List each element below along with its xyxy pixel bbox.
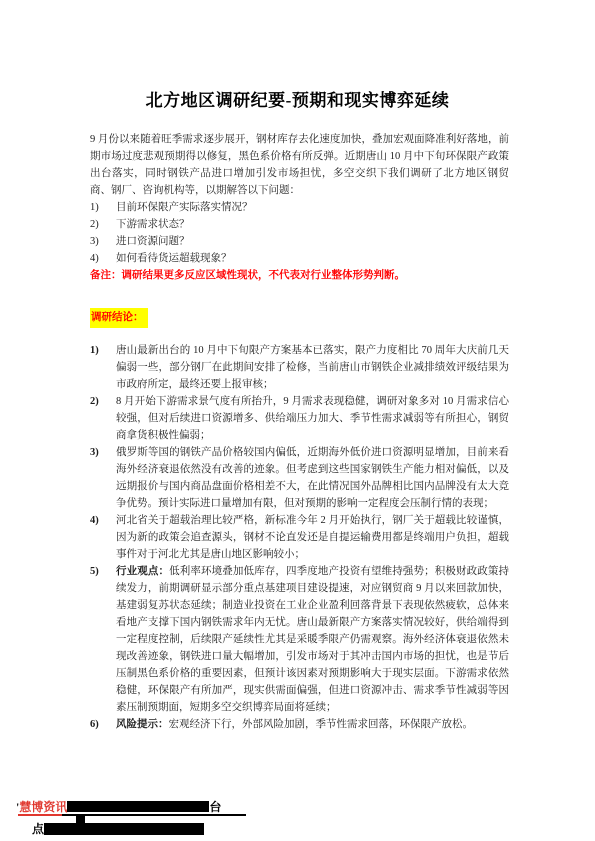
conclusion-body-text: 低利率环境叠加低库存，四季度地产投资有望维持强势；积极财政政策持续发力，前期调研…: [116, 566, 509, 713]
conclusion-body-text: 俄罗斯等国的钢铁产品价格较国内偏低，近期海外低价进口资源明显增加，目前来看海外经…: [116, 447, 509, 509]
conclusion-list: 1) 唐山最新出台的 10 月中下旬限产方案基本已落实，限产力度相比 70 周年…: [90, 342, 509, 733]
watermark-tail-character: 台: [209, 800, 221, 814]
question-number: 1): [90, 199, 116, 216]
section-heading-row: 调研结论：: [90, 308, 509, 328]
conclusion-body-text: 河北省关于超载治理比较严格，新标准今年 2 月开始执行，钢厂关于超载比较谨慎，因…: [116, 515, 509, 560]
question-number: 2): [90, 216, 116, 233]
conclusion-number: 4): [90, 512, 116, 563]
question-item: 1) 目前环保限产实际落实情况？: [90, 199, 509, 216]
conclusion-body-text: 8 月开始下游需求景气度有所抬升，9 月需求表现稳健，调研对象多对 10 月需求…: [116, 396, 509, 441]
conclusion-text: 河北省关于超载治理比较严格，新标准今年 2 月开始执行，钢厂关于超载比较谨慎，因…: [116, 512, 509, 563]
conclusion-text: 俄罗斯等国的钢铁产品价格较国内偏低，近期海外低价进口资源明显增加，目前来看海外经…: [116, 444, 509, 512]
document-body: 9 月份以来随着旺季需求逐步展开，钢材库存去化速度加快，叠加宏观面降准利好落地，…: [90, 131, 509, 733]
question-number: 3): [90, 233, 116, 250]
conclusion-body-text: 宏观经济下行，外部风险加剧，季节性需求回落，环保限产放松。: [169, 719, 474, 730]
conclusion-item: 5) 行业观点：低利率环境叠加低库存，四季度地产投资有望维持强势；积极财政政策持…: [90, 563, 509, 716]
conclusion-text: 唐山最新出台的 10 月中下旬限产方案基本已落实，限产力度相比 70 周年大庆前…: [116, 342, 509, 393]
conclusion-number: 1): [90, 342, 116, 393]
conclusion-item: 6) 风险提示：宏观经济下行，外部风险加剧，季节性需求回落，环保限产放松。: [90, 716, 509, 733]
conclusion-text: 风险提示：宏观经济下行，外部风险加剧，季节性需求回落，环保限产放松。: [116, 716, 509, 733]
watermark-stamp: '慧博资讯台 点: [16, 801, 276, 836]
conclusion-item: 2) 8 月开始下游需求景气度有所抬升，9 月需求表现稳健，调研对象多对 10 …: [90, 393, 509, 444]
watermark-line2-lead-character: 点: [32, 822, 44, 836]
watermark-redacted-block-2: [44, 823, 204, 835]
conclusion-text: 行业观点：低利率环境叠加低库存，四季度地产投资有望维持强势；积极财政政策持续发力…: [116, 563, 509, 716]
watermark-line2: 点: [16, 823, 276, 836]
conclusion-item: 4) 河北省关于超载治理比较严格，新标准今年 2 月开始执行，钢厂关于超载比较谨…: [90, 512, 509, 563]
question-item: 2) 下游需求状态？: [90, 216, 509, 233]
question-item: 3) 进口资源问题？: [90, 233, 509, 250]
question-text: 进口资源问题？: [116, 233, 509, 250]
conclusion-lead: 风险提示：: [116, 719, 169, 730]
conclusion-body-text: 唐山最新出台的 10 月中下旬限产方案基本已落实，限产力度相比 70 周年大庆前…: [116, 345, 509, 390]
intro-paragraph: 9 月份以来随着旺季需求逐步展开，钢材库存去化速度加快，叠加宏观面降准利好落地，…: [90, 131, 509, 199]
question-text: 下游需求状态？: [116, 216, 509, 233]
conclusion-text: 8 月开始下游需求景气度有所抬升，9 月需求表现稳健，调研对象多对 10 月需求…: [116, 393, 509, 444]
conclusion-item: 3) 俄罗斯等国的钢铁产品价格较国内偏低，近期海外低价进口资源明显增加，目前来看…: [90, 444, 509, 512]
question-list: 1) 目前环保限产实际落实情况？ 2) 下游需求状态？ 3) 进口资源问题？ 4…: [90, 199, 509, 267]
question-number: 4): [90, 250, 116, 267]
conclusion-number: 5): [90, 563, 116, 716]
document-title: 北方地区调研纪要-预期和现实博弈延续: [0, 86, 595, 111]
watermark-redacted-block-1: [67, 801, 209, 812]
note-disclaimer: 备注：调研结果更多反应区域性现状，不代表对行业整体形势判断。: [90, 267, 509, 284]
question-text: 如何看待货运超载现象？: [116, 250, 509, 267]
conclusion-number: 3): [90, 444, 116, 512]
conclusion-number: 6): [90, 716, 116, 733]
section-heading-highlight: 调研结论：: [90, 308, 148, 328]
watermark-line1: '慧博资讯台: [16, 801, 276, 815]
conclusion-lead: 行业观点：: [116, 566, 169, 577]
conclusion-item: 1) 唐山最新出台的 10 月中下旬限产方案基本已落实，限产力度相比 70 周年…: [90, 342, 509, 393]
conclusion-number: 2): [90, 393, 116, 444]
question-text: 目前环保限产实际落实情况？: [116, 199, 509, 216]
watermark-overflow-glyph: [76, 816, 85, 826]
question-item: 4) 如何看待货运超载现象？: [90, 250, 509, 267]
document-page: 北方地区调研纪要-预期和现实博弈延续 9 月份以来随着旺季需求逐步展开，钢材库存…: [0, 0, 595, 841]
watermark-underline-red: [18, 814, 62, 816]
watermark-underline-black: [62, 814, 246, 816]
watermark-brand-link[interactable]: 慧博资讯: [19, 800, 67, 814]
